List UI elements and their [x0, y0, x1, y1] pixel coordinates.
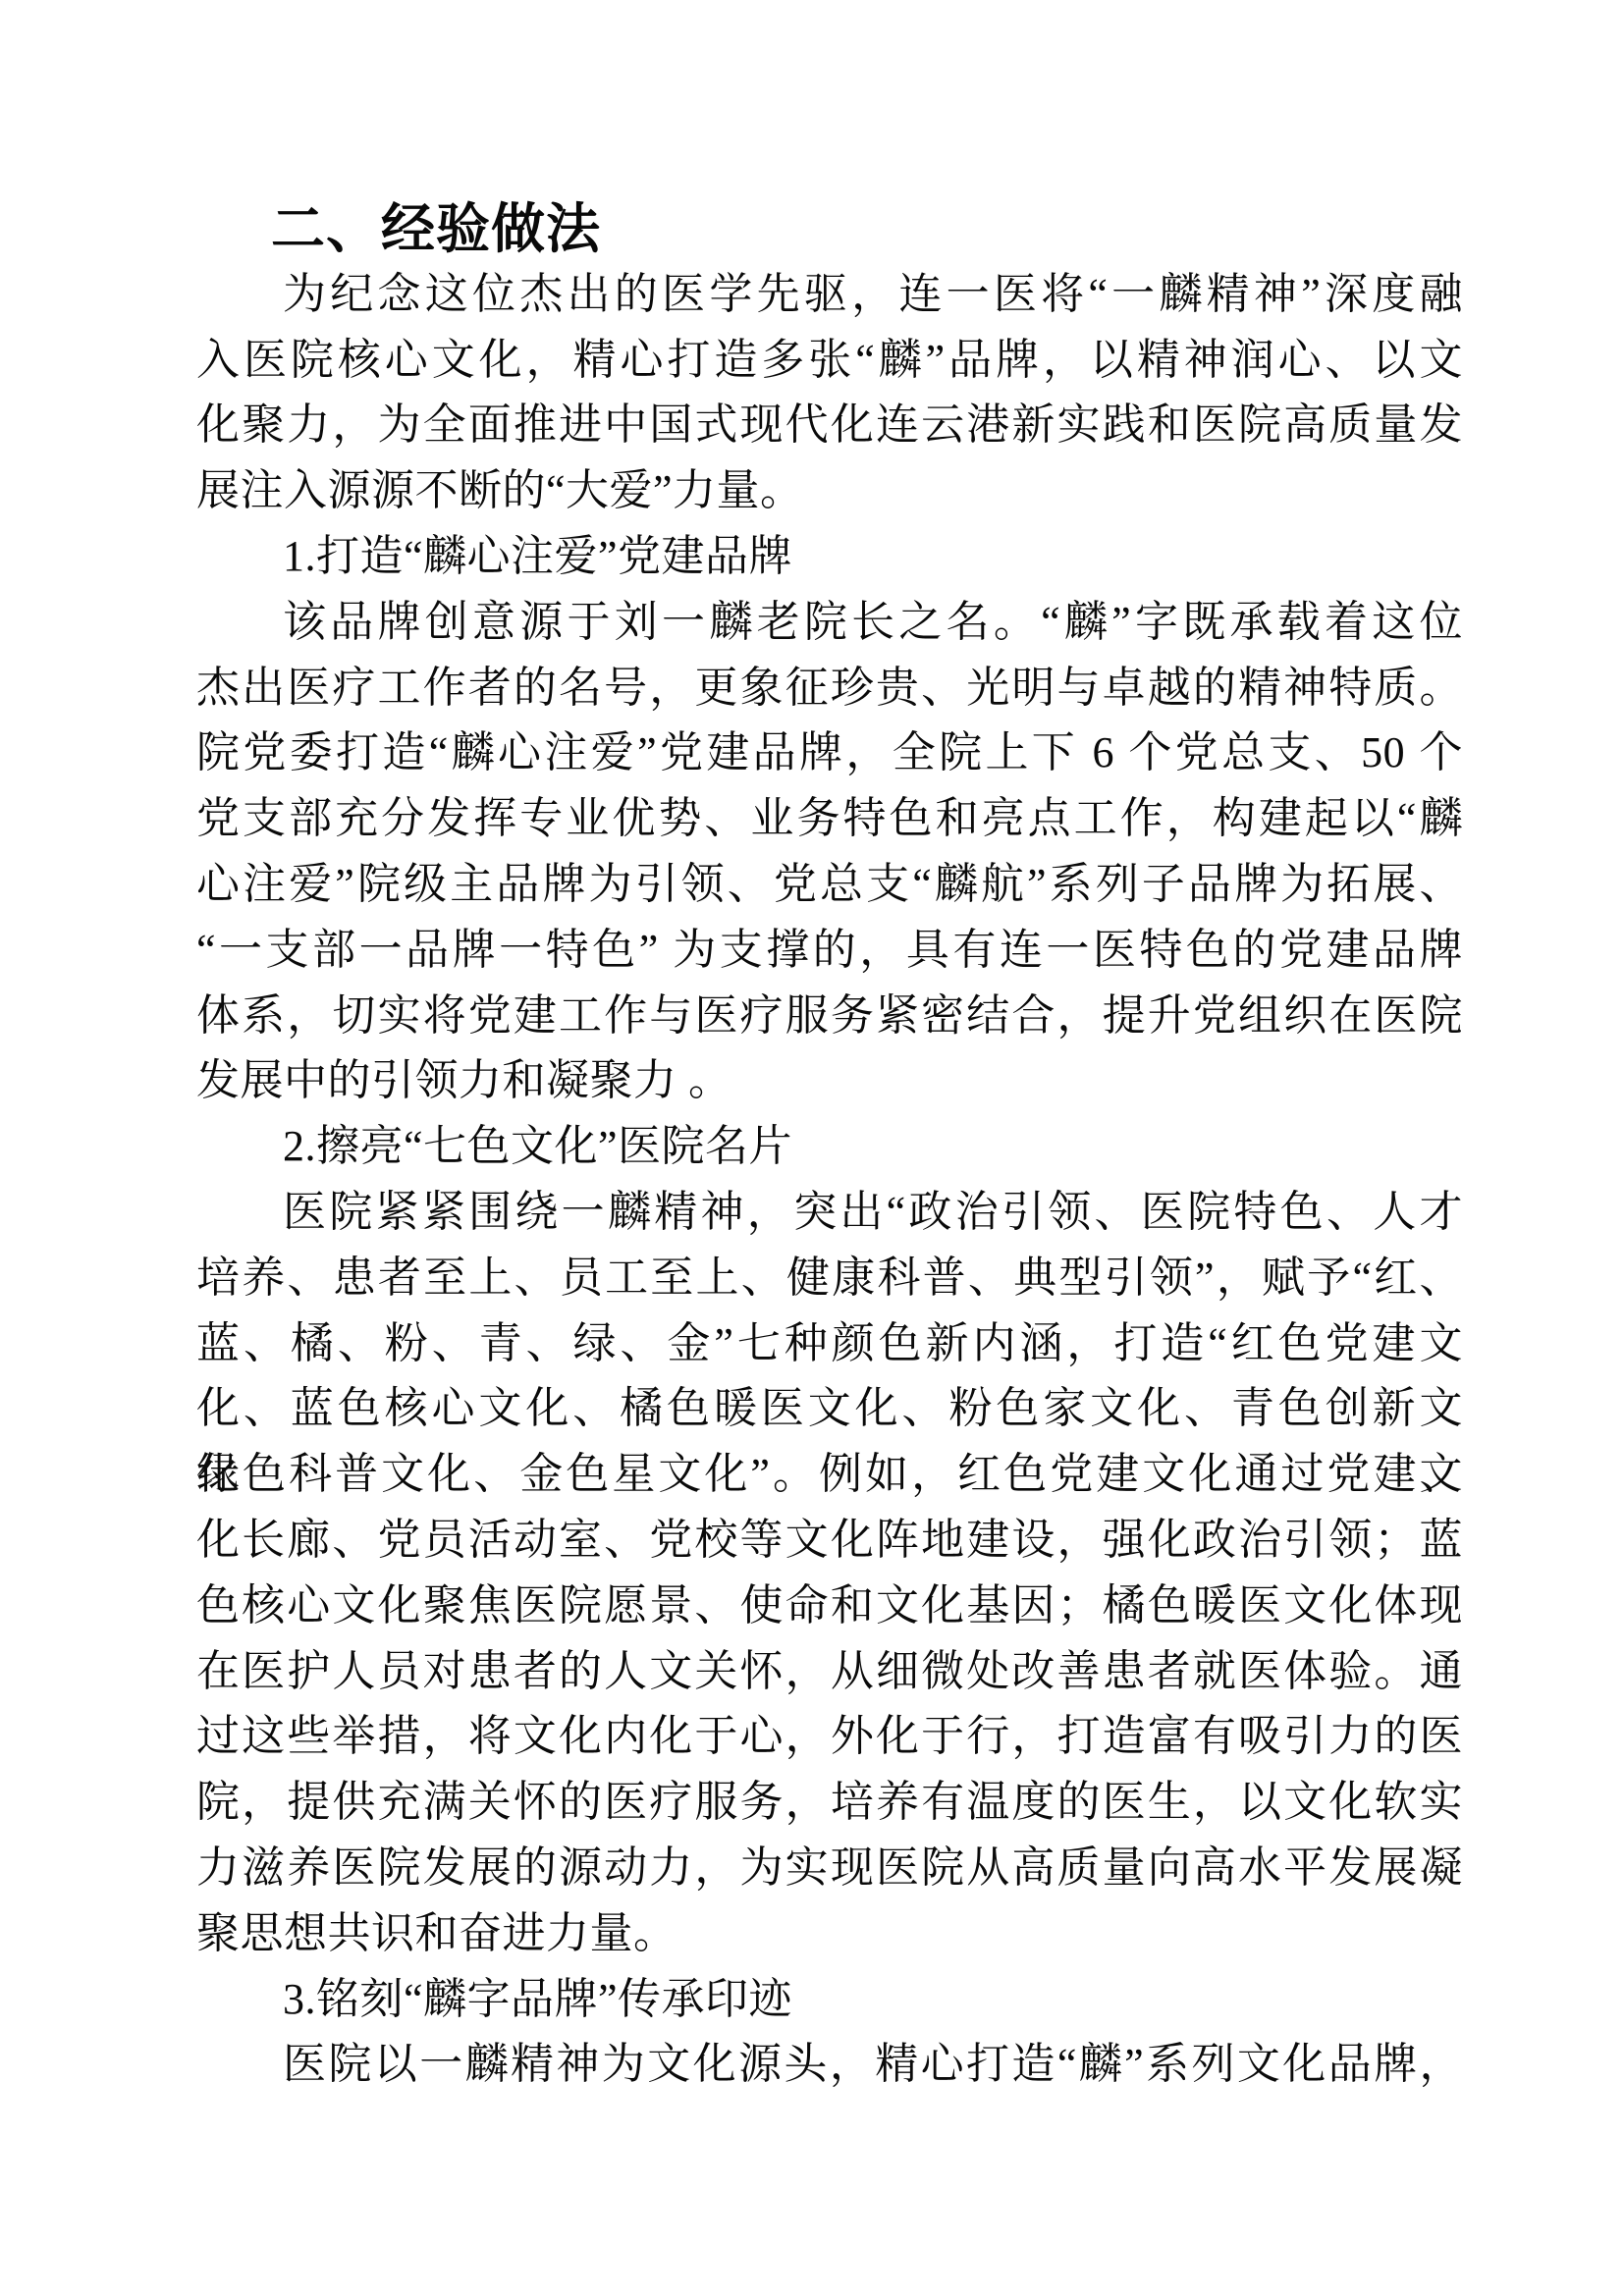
subheading: 3.铭刻“麟字品牌”传承印迹: [196, 1967, 1463, 2033]
text-line: 2.擦亮“七色文化”医院名片: [196, 1114, 1463, 1180]
text-line: 过这些举措，将文化内化于心，外化于行，打造富有吸引力的医: [196, 1704, 1463, 1770]
text-line: 培养、患者至上、员工至上、健康科普、典型引领”，赋予“红、: [196, 1246, 1463, 1311]
text-line: 医院紧紧围绕一麟精神，突出“政治引领、医院特色、人才: [196, 1180, 1463, 1246]
heading: 二、经验做法: [196, 196, 1463, 262]
text-line: 1.打造“麟心注爱”党建品牌: [196, 524, 1463, 590]
text-line: 院，提供充满关怀的医疗服务，培养有温度的医生，以文化软实: [196, 1770, 1463, 1836]
text-line: 力滋养医院发展的源动力，为实现医院从高质量向高水平发展凝: [196, 1836, 1463, 1901]
text-line: 医院以一麟精神为文化源头，精心打造“麟”系列文化品牌，: [196, 2032, 1463, 2098]
text-line: 为纪念这位杰出的医学先驱，连一医将“一麟精神”深度融: [196, 262, 1463, 328]
document-content: 二、经验做法为纪念这位杰出的医学先驱，连一医将“一麟精神”深度融入医院核心文化，…: [196, 196, 1463, 2098]
text-line: 入医院核心文化，精心打造多张“麟”品牌，以精神润心、以文: [196, 328, 1463, 394]
text-line: 展注入源源不断的“大爱”力量。: [196, 458, 1463, 524]
paragraph: 该品牌创意源于刘一麟老院长之名。“麟”字既承载着这位杰出医疗工作者的名号，更象征…: [196, 590, 1463, 1114]
text-line: 蓝、橘、粉、青、绿、金”七种颜色新内涵，打造“红色党建文: [196, 1311, 1463, 1377]
text-line: 化、蓝色核心文化、橘色暖医文化、粉色家文化、青色创新文化、: [196, 1376, 1463, 1442]
text-line: 二、经验做法: [196, 196, 1463, 262]
paragraph: 医院以一麟精神为文化源头，精心打造“麟”系列文化品牌，: [196, 2032, 1463, 2098]
text-line: 发展中的引领力和凝聚力 。: [196, 1048, 1463, 1114]
paragraph: 为纪念这位杰出的医学先驱，连一医将“一麟精神”深度融入医院核心文化，精心打造多张…: [196, 262, 1463, 524]
text-line: 在医护人员对患者的人文关怀，从细微处改善患者就医体验。通: [196, 1639, 1463, 1705]
subheading: 2.擦亮“七色文化”医院名片: [196, 1114, 1463, 1180]
text-line: 绿色科普文化、金色星文化”。例如，红色党建文化通过党建文: [196, 1442, 1463, 1508]
text-line: 体系，切实将党建工作与医疗服务紧密结合，提升党组织在医院: [196, 984, 1463, 1049]
paragraph: 医院紧紧围绕一麟精神，突出“政治引领、医院特色、人才培养、患者至上、员工至上、健…: [196, 1180, 1463, 1967]
text-line: 党支部充分发挥专业优势、业务特色和亮点工作，构建起以“麟: [196, 786, 1463, 852]
text-line: 该品牌创意源于刘一麟老院长之名。“麟”字既承载着这位: [196, 590, 1463, 656]
subheading: 1.打造“麟心注爱”党建品牌: [196, 524, 1463, 590]
text-line: 院党委打造“麟心注爱”党建品牌，全院上下 6 个党总支、50 个: [196, 721, 1463, 786]
document-page: 二、经验做法为纪念这位杰出的医学先驱，连一医将“一麟精神”深度融入医院核心文化，…: [0, 0, 1624, 2296]
text-line: 心注爱”院级主品牌为引领、党总支“麟航”系列子品牌为拓展、: [196, 852, 1463, 918]
text-line: 3.铭刻“麟字品牌”传承印迹: [196, 1967, 1463, 2033]
text-line: 色核心文化聚焦医院愿景、使命和文化基因；橘色暖医文化体现: [196, 1574, 1463, 1639]
text-line: 聚思想共识和奋进力量。: [196, 1901, 1463, 1967]
text-line: “一支部一品牌一特色” 为支撑的，具有连一医特色的党建品牌: [196, 918, 1463, 984]
text-line: 杰出医疗工作者的名号，更象征珍贵、光明与卓越的精神特质。: [196, 656, 1463, 721]
text-line: 化长廊、党员活动室、党校等文化阵地建设，强化政治引领；蓝: [196, 1508, 1463, 1574]
text-line: 化聚力，为全面推进中国式现代化连云港新实践和医院高质量发: [196, 393, 1463, 458]
